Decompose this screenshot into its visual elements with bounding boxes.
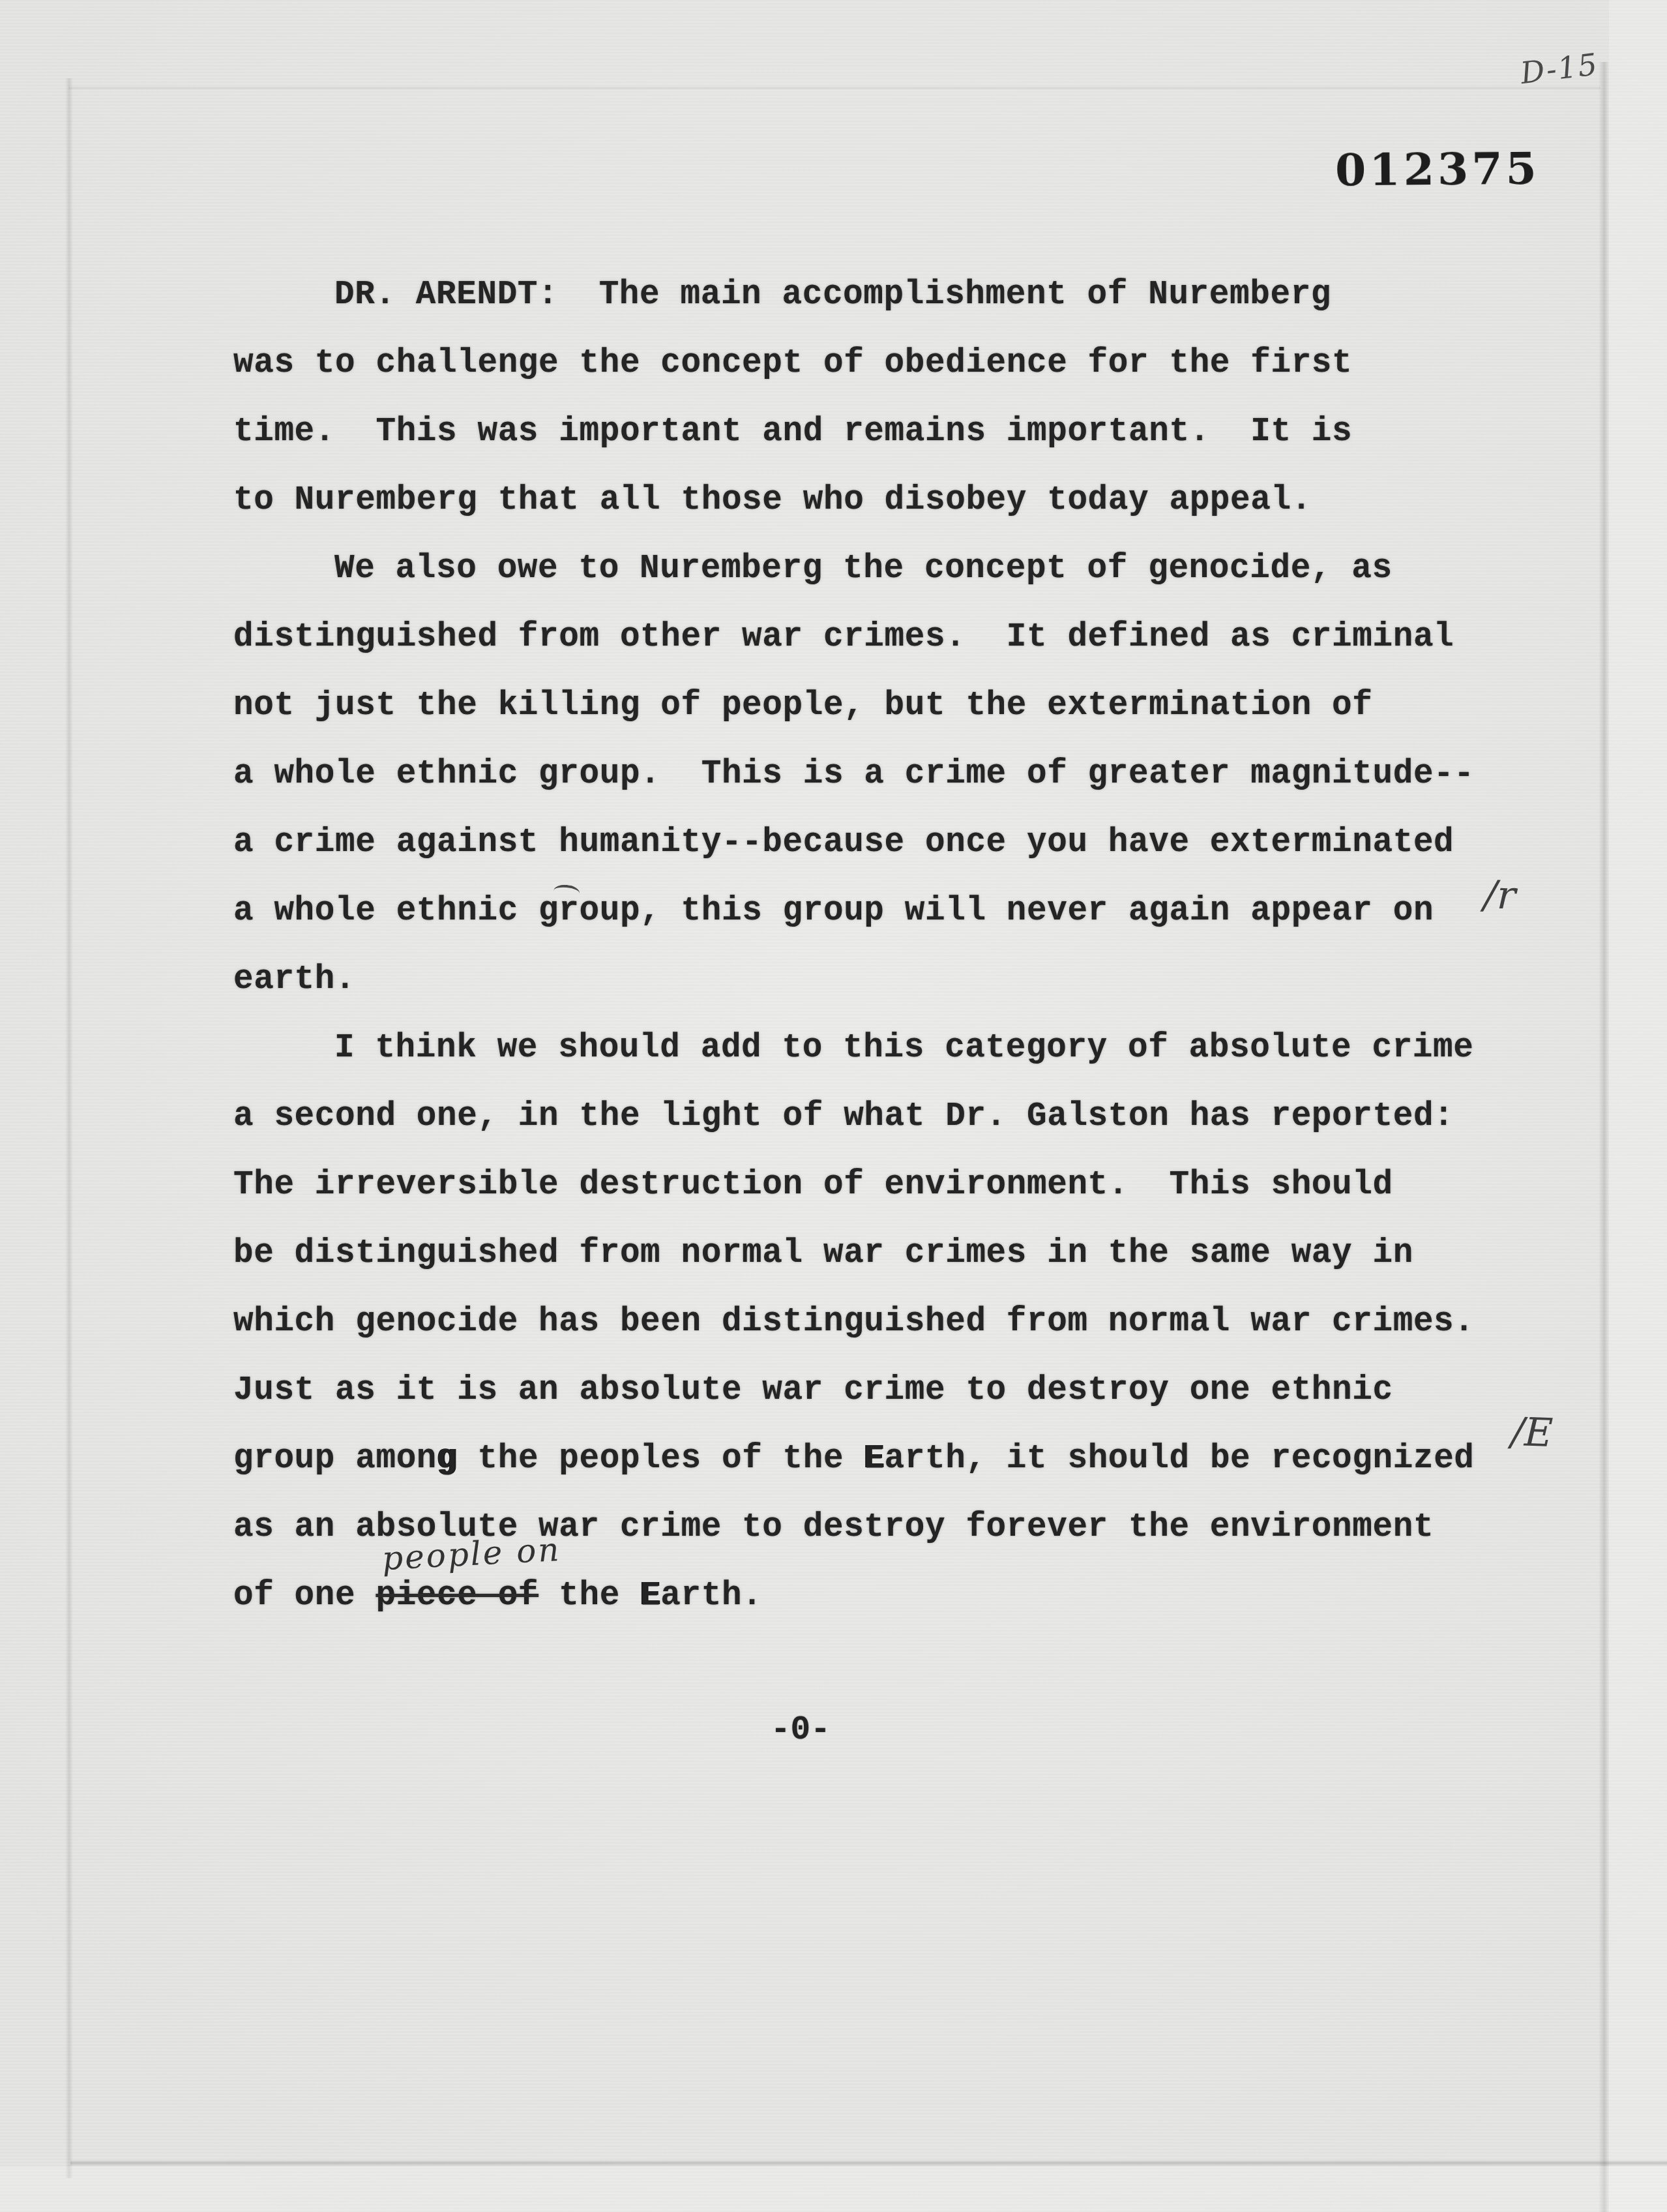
typed-segment: group amon	[233, 1441, 437, 1478]
typed-segment: arth.	[660, 1577, 762, 1615]
handwritten-insertion: people on	[381, 1533, 562, 1575]
typed-line: group among the peoples of the Earth, it…	[233, 1425, 1498, 1493]
typed-line: DR. ARENDT: The main accomplishment of N…	[233, 261, 1498, 329]
typed-segment: the	[538, 1577, 640, 1615]
margin-proof-mark-r: /r	[1483, 872, 1516, 919]
typed-segment: the peoples of the	[457, 1441, 864, 1478]
typed-segment: oup, this group will never again appear …	[580, 893, 1434, 930]
typed-segment: arth, it should be recognized	[885, 1441, 1475, 1478]
typed-segment-ov: g	[437, 1441, 457, 1478]
scanner-background-bottom	[0, 2166, 1667, 2212]
handwritten-corner-mark: D-15	[1518, 46, 1601, 91]
typed-segment: a whole ethnic g	[233, 893, 559, 930]
typed-line: a crime against humanity--because once y…	[233, 809, 1498, 877]
paper-crease-left	[65, 78, 73, 2178]
paper-edge-right	[1599, 62, 1609, 2212]
typed-segment-ov: E	[640, 1577, 660, 1615]
typed-segment-strike: piece of	[376, 1577, 538, 1615]
margin-proof-mark-e: /E	[1511, 1409, 1554, 1456]
typed-line: The irreversible destruction of environm…	[233, 1151, 1498, 1219]
typed-line: was to challenge the concept of obedienc…	[233, 329, 1498, 398]
paper-edge-bottom	[70, 2160, 1667, 2166]
typed-line: not just the killing of people, but the …	[233, 672, 1498, 740]
typed-line: distinguished from other war crimes. It …	[233, 603, 1498, 672]
typed-line: a whole ethnic group, this group will ne…	[233, 877, 1498, 946]
typed-line: a whole ethnic group. This is a crime of…	[233, 740, 1498, 809]
typed-segment-ov: E	[864, 1441, 884, 1478]
typed-line: We also owe to Nuremberg the concept of …	[233, 535, 1498, 603]
page-footer: -0-	[771, 1696, 831, 1765]
typed-line: Just as it is an absolute war crime to d…	[233, 1356, 1498, 1425]
scanner-background-right	[1609, 0, 1667, 2212]
typed-segment-ovr: r	[559, 893, 579, 930]
document-scan: D-15 012375 DR. ARENDT: The main accompl…	[0, 0, 1667, 2212]
typed-line: which genocide has been distinguished fr…	[233, 1288, 1498, 1356]
typed-line: be distinguished from normal war crimes …	[233, 1219, 1498, 1288]
typed-line: time. This was important and remains imp…	[233, 398, 1498, 466]
typed-segment: of one	[233, 1577, 376, 1615]
typed-line: earth.	[233, 946, 1498, 1014]
page-number-stamp: 012375	[1335, 147, 1540, 193]
typed-line: to Nuremberg that all those who disobey …	[233, 466, 1498, 535]
typed-text-block: DR. ARENDT: The main accomplishment of N…	[233, 261, 1498, 1630]
paper-edge-top	[68, 86, 1601, 90]
typed-line: a second one, in the light of what Dr. G…	[233, 1083, 1498, 1151]
typed-line: I think we should add to this category o…	[233, 1014, 1498, 1083]
